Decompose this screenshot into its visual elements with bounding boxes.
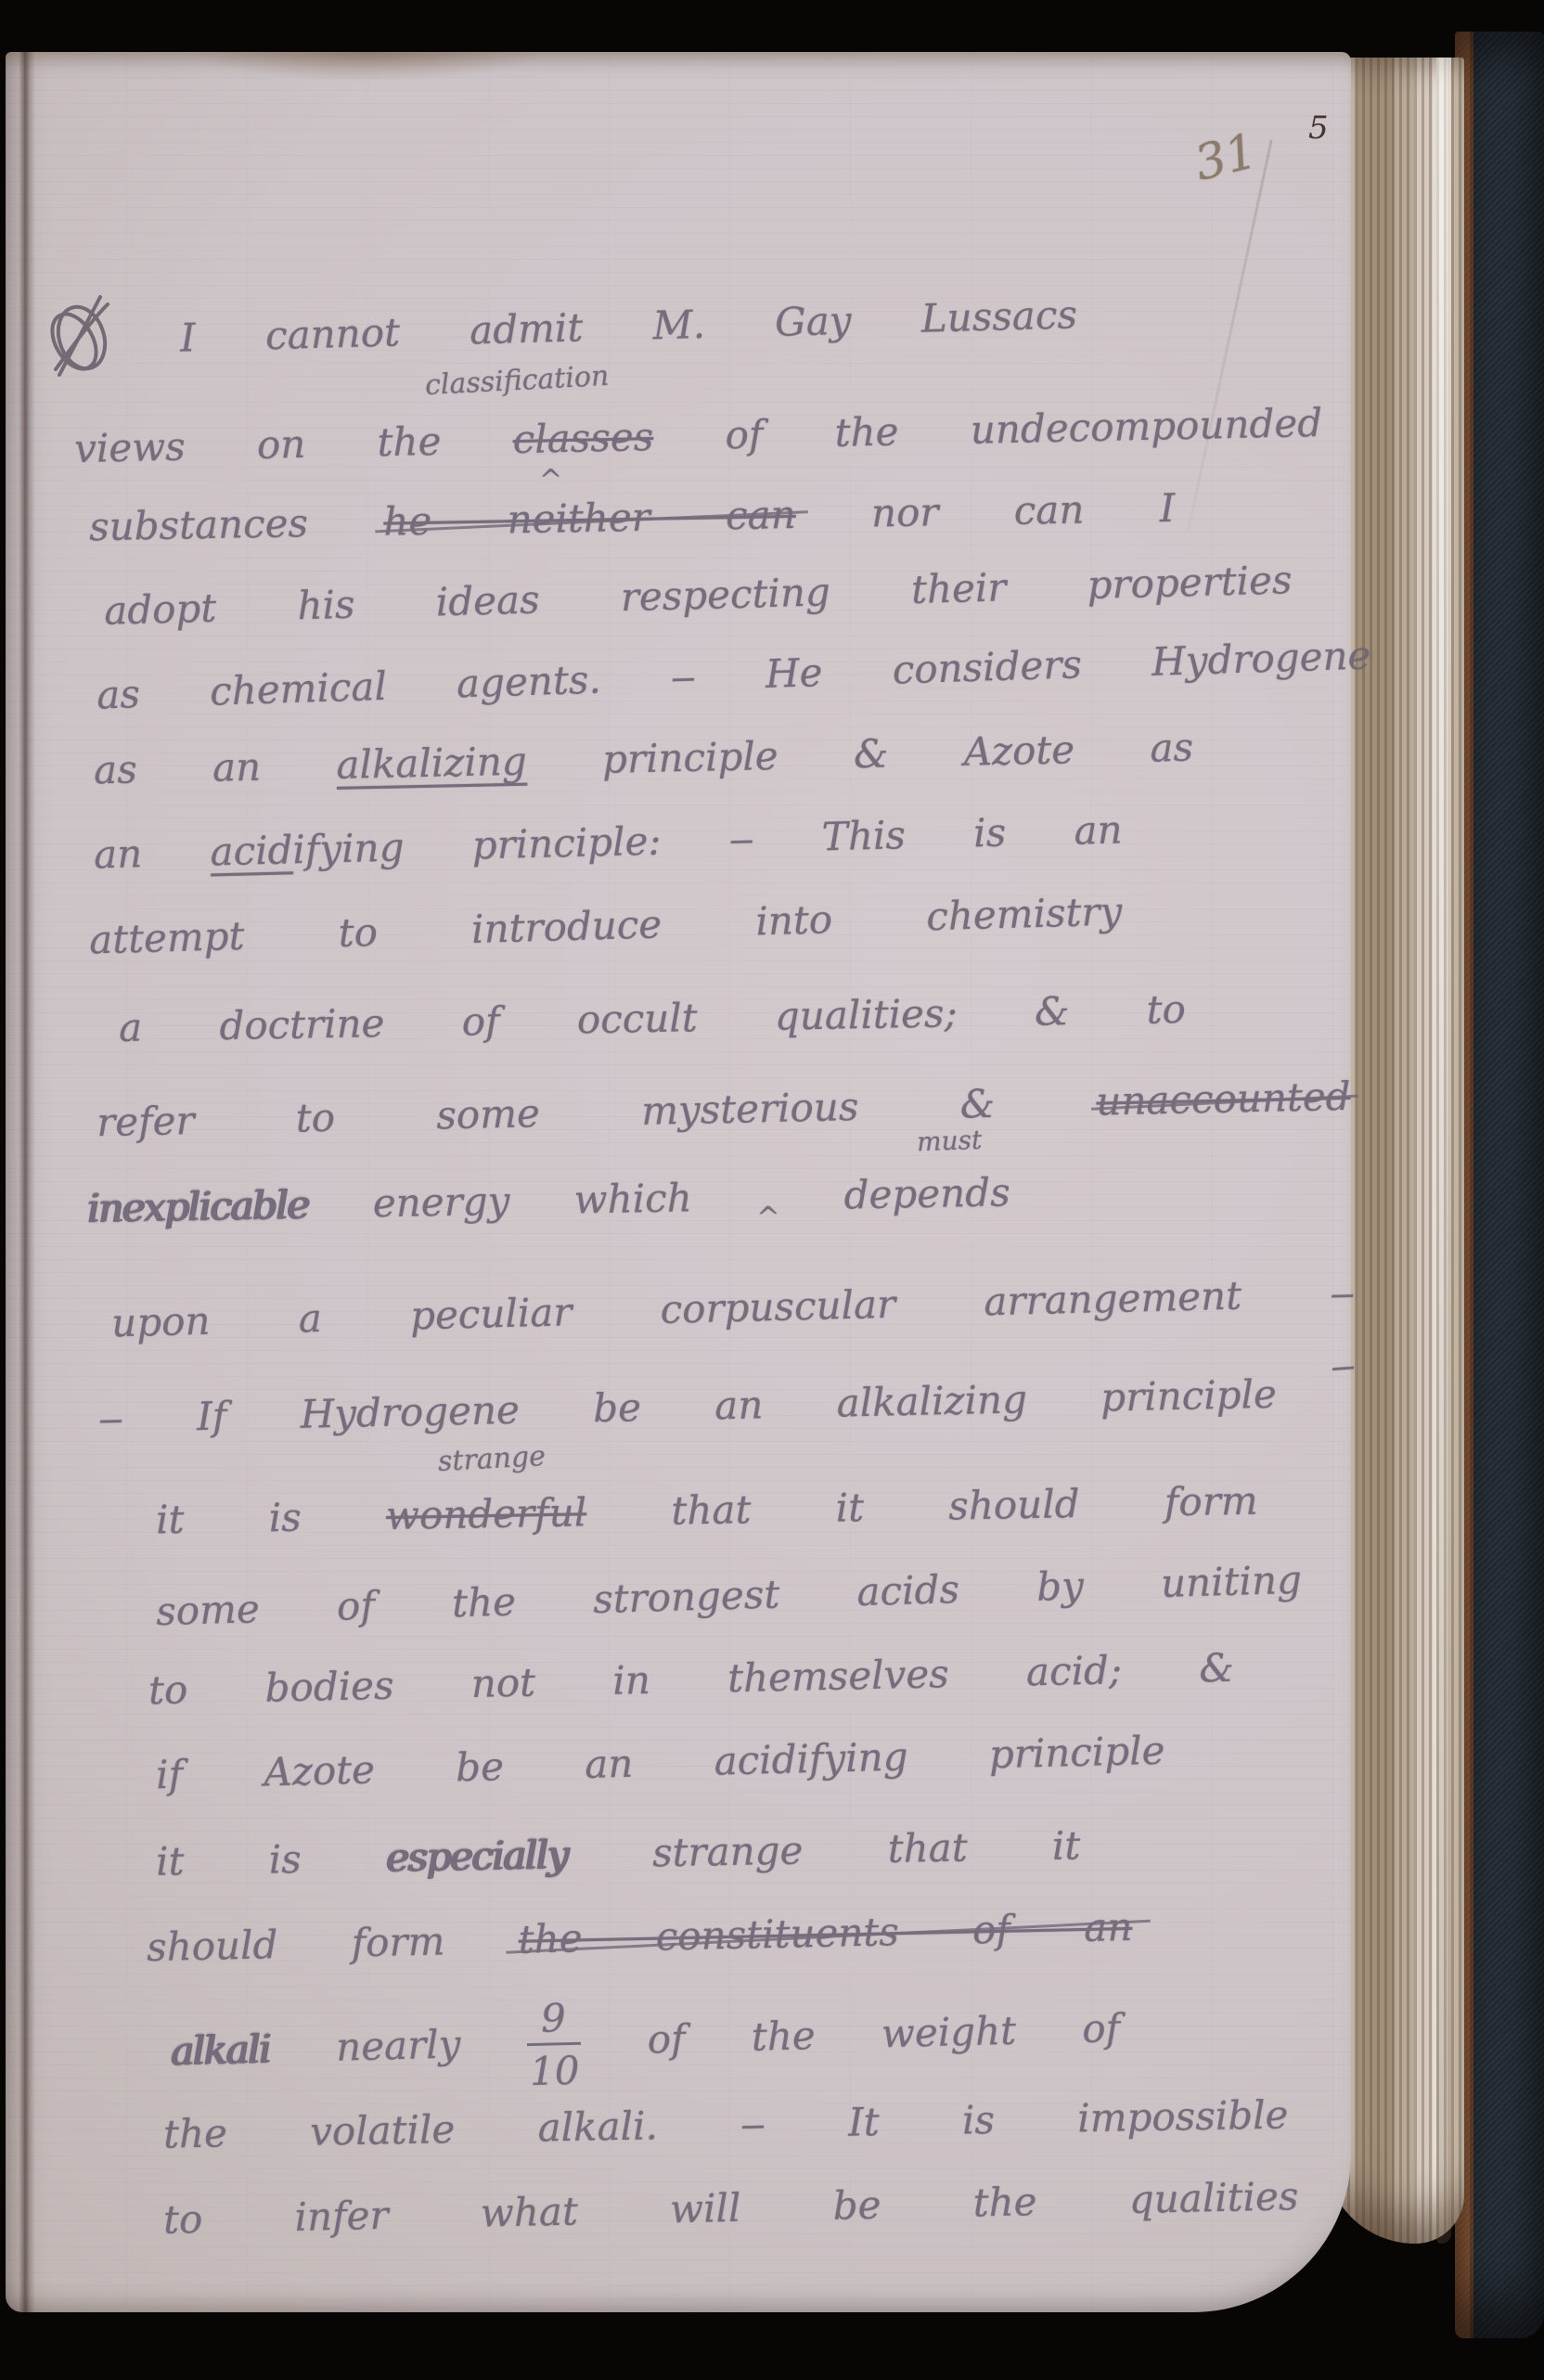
top-edge-stain	[173, 52, 562, 91]
manuscript-line: should form the constituents of an	[147, 1905, 1133, 1971]
text: I cannot admit M. Gay Lussacs	[180, 291, 1078, 360]
text: ^	[539, 464, 562, 496]
text-strike2: the constituents of an	[518, 1904, 1133, 1962]
gutter-shadow	[19, 52, 35, 2312]
text: that it should form	[586, 1478, 1258, 1536]
text: to infer what will be the qualities	[163, 2173, 1299, 2243]
manuscript-line: ‒ If Hydrogene be an alkalizing principl…	[98, 1372, 1278, 1442]
insertion-caret: ^	[539, 465, 562, 497]
text-over: alkali	[170, 2026, 270, 2074]
text: depends	[779, 1169, 1010, 1218]
manuscript-line: the volatile alkali. ‒ It is impossible	[163, 2092, 1289, 2156]
text-caret: ^	[756, 1203, 780, 1235]
text-over: especially	[386, 1832, 569, 1880]
manuscript-line: refer to some mysterious & unaccounted	[96, 1074, 1351, 1146]
text: the volatile alkali. ‒ It is impossible	[163, 2091, 1289, 2156]
manuscript-line: a doctrine of occult qualities; & to	[119, 987, 1187, 1050]
manuscript-line: I cannot admit M. Gay Lussacs	[180, 292, 1078, 361]
interline-insertion: classification	[424, 361, 610, 403]
text: must	[916, 1125, 982, 1157]
text: nor can I	[795, 485, 1175, 537]
text: attempt to introduce into chemistry	[89, 888, 1123, 962]
manuscript-line: alkali nearly 910 of the weight of	[170, 1986, 1121, 2101]
text: classification	[424, 360, 610, 402]
manuscript-line: views on the classes of the undecompound…	[74, 401, 1323, 471]
text: ifying principle: ‒ This is an	[292, 806, 1123, 872]
manuscript-line: as an alkalizing principle & Azote as	[94, 726, 1194, 793]
fore-edge-highlight	[1436, 58, 1451, 2244]
manuscript-line: it is especially strange that it	[156, 1823, 1081, 1885]
text: it is	[156, 1834, 387, 1884]
text: substances	[89, 499, 384, 550]
margin-dash: ‒	[1329, 1343, 1357, 1389]
text: upon a peculiar corpuscular arrangement …	[111, 1270, 1356, 1346]
text: should form	[147, 1917, 520, 1970]
text: some of the strongest acids by uniting	[156, 1557, 1303, 1634]
text: ‒	[1329, 1342, 1357, 1389]
manuscript-line: to bodies not in themselves acid; &	[148, 1646, 1235, 1714]
manuscript-line: if Azote be an acidifying principle	[156, 1729, 1165, 1798]
text: strange	[437, 1440, 547, 1478]
manuscript-line: it is wonderful that it should form	[156, 1479, 1258, 1543]
text: an	[94, 829, 212, 877]
text: views on the	[74, 417, 514, 471]
text: adopt his ideas respecting their propert…	[104, 557, 1293, 634]
text-u: alkalizing	[336, 739, 527, 788]
manuscript-line: attempt to introduce into chemistry	[89, 889, 1123, 962]
text: ‒ If Hydrogene be an alkalizing principl…	[98, 1371, 1278, 1442]
manuscript-line: substances he neither can nor can I	[89, 486, 1176, 550]
manuscript-line: some of the strongest acids by uniting	[156, 1558, 1303, 1635]
manuscript-line: upon a peculiar corpuscular arrangement …	[111, 1271, 1356, 1346]
paper-crease	[1187, 139, 1272, 530]
text: of the undecompounded	[653, 400, 1323, 459]
text: if Azote be an acidifying principle	[156, 1728, 1165, 1798]
text-strike: classes	[512, 414, 654, 462]
manuscript-line: inexplicable energy which ^ depends	[87, 1170, 1010, 1231]
text: a doctrine of occult qualities; & to	[119, 986, 1187, 1050]
text: of the weight of	[581, 2005, 1121, 2064]
folio-number-ink: 5	[1308, 109, 1329, 147]
page: 31 5 I cannot admit M. Gay Lussacsclassi…	[6, 52, 1351, 2312]
text: as an	[94, 742, 337, 792]
interline-insertion: must	[916, 1126, 982, 1158]
text-strike2: he neither can	[383, 492, 796, 545]
text: nearly	[269, 2020, 527, 2072]
manuscript-line: an acidifying principle: ‒ This is an	[94, 807, 1124, 877]
text: strange that it	[567, 1822, 1080, 1877]
text: energy which	[308, 1174, 756, 1227]
photo-backdrop: 31 5 I cannot admit M. Gay Lussacsclassi…	[0, 0, 1544, 2380]
text: principle & Azote as	[526, 725, 1193, 784]
text-over: inexplicable	[87, 1182, 309, 1231]
text: it is	[156, 1493, 387, 1542]
manuscript-line: adopt his ideas respecting their propert…	[104, 558, 1293, 634]
fraction: 910	[526, 1999, 583, 2091]
text: as chemical agents. ‒ He considers Hydro…	[96, 632, 1372, 717]
text: to bodies not in themselves acid; &	[148, 1645, 1235, 1713]
page-number-pencil: 31	[1190, 123, 1263, 192]
margin-scribble	[43, 284, 126, 386]
text-strike: wonderful	[386, 1489, 587, 1538]
manuscript-line: as chemical agents. ‒ He considers Hydro…	[96, 633, 1372, 717]
interline-insertion: strange	[437, 1441, 547, 1479]
text-u: acid	[210, 827, 293, 874]
book-cover	[1455, 32, 1544, 2338]
text-strike2: unaccounted	[1096, 1074, 1351, 1125]
manuscript-line: to infer what will be the qualities	[163, 2174, 1299, 2243]
